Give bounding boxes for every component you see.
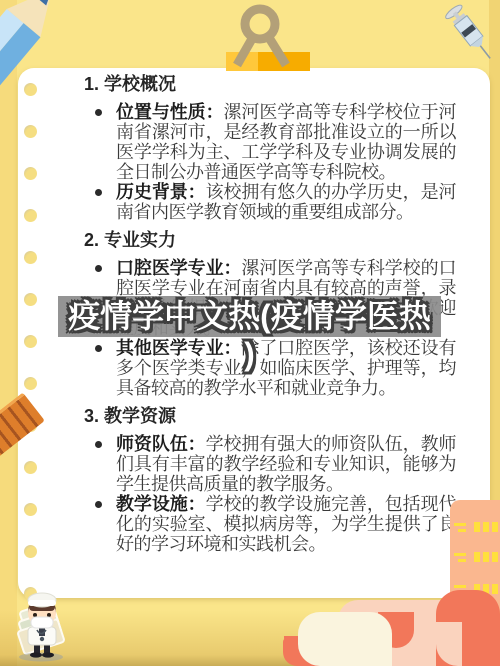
background-left-strip xyxy=(0,0,17,666)
doctor-character-icon xyxy=(4,590,80,666)
punch-hole xyxy=(24,209,37,222)
bullet-item: 位置与性质：漯河医学高等专科学校位于河南省漯河市，是经教育部批准设立的一所以医学… xyxy=(84,102,456,182)
punch-hole xyxy=(24,461,37,474)
section-teaching-resources: 3. 教学资源 师资队伍：学校拥有强大的师资队伍，教师们具有丰富的教学经验和专业… xyxy=(84,406,458,554)
punch-hole xyxy=(24,293,37,306)
section-school-overview: 1. 学校概况 位置与性质：漯河医学高等专科学校位于河南省漯河市，是经教育部批准… xyxy=(84,74,458,222)
binder-clip-icon xyxy=(212,0,332,78)
punch-hole xyxy=(24,503,37,516)
bullet-term: 师资队伍： xyxy=(116,434,206,454)
overlay-title: 疫情学中文热(疫情学医热) xyxy=(58,296,441,373)
section-heading: 3. 教学资源 xyxy=(84,406,458,426)
infographic-page: { "page": { "background_color": "#FAE58A… xyxy=(0,0,500,666)
punch-hole xyxy=(24,167,37,180)
punch-hole xyxy=(24,251,37,264)
punch-hole xyxy=(24,83,37,96)
bandage-roll-icon xyxy=(298,612,392,666)
syringe-icon xyxy=(440,0,500,72)
punch-hole xyxy=(24,377,37,390)
section-heading: 2. 专业实力 xyxy=(84,230,458,250)
punch-hole xyxy=(24,545,37,558)
bullet-term: 教学设施： xyxy=(116,494,206,514)
bandage-roll-curl-icon xyxy=(346,640,376,666)
bullet-item: 师资队伍：学校拥有强大的师资队伍，教师们具有丰富的教学经验和专业知识，能够为学生… xyxy=(84,434,456,494)
bullet-item: 历史背景：该校拥有悠久的办学历史，是河南省内医学教育领域的重要组成部分。 xyxy=(84,182,456,222)
punch-hole xyxy=(24,125,37,138)
punch-hole xyxy=(24,335,37,348)
punch-hole-column xyxy=(24,83,37,600)
overlay-title-band: 疫情学中文热(疫情学医热) xyxy=(58,296,441,337)
bullet-term: 历史背景： xyxy=(116,182,206,202)
bullet-term: 位置与性质： xyxy=(116,102,224,122)
bullet-term: 口腔医学专业： xyxy=(116,258,241,278)
bullet-item: 教学设施：学校的教学设施完善，包括现代化的实验室、模拟病房等，为学生提供了良好的… xyxy=(84,494,456,554)
